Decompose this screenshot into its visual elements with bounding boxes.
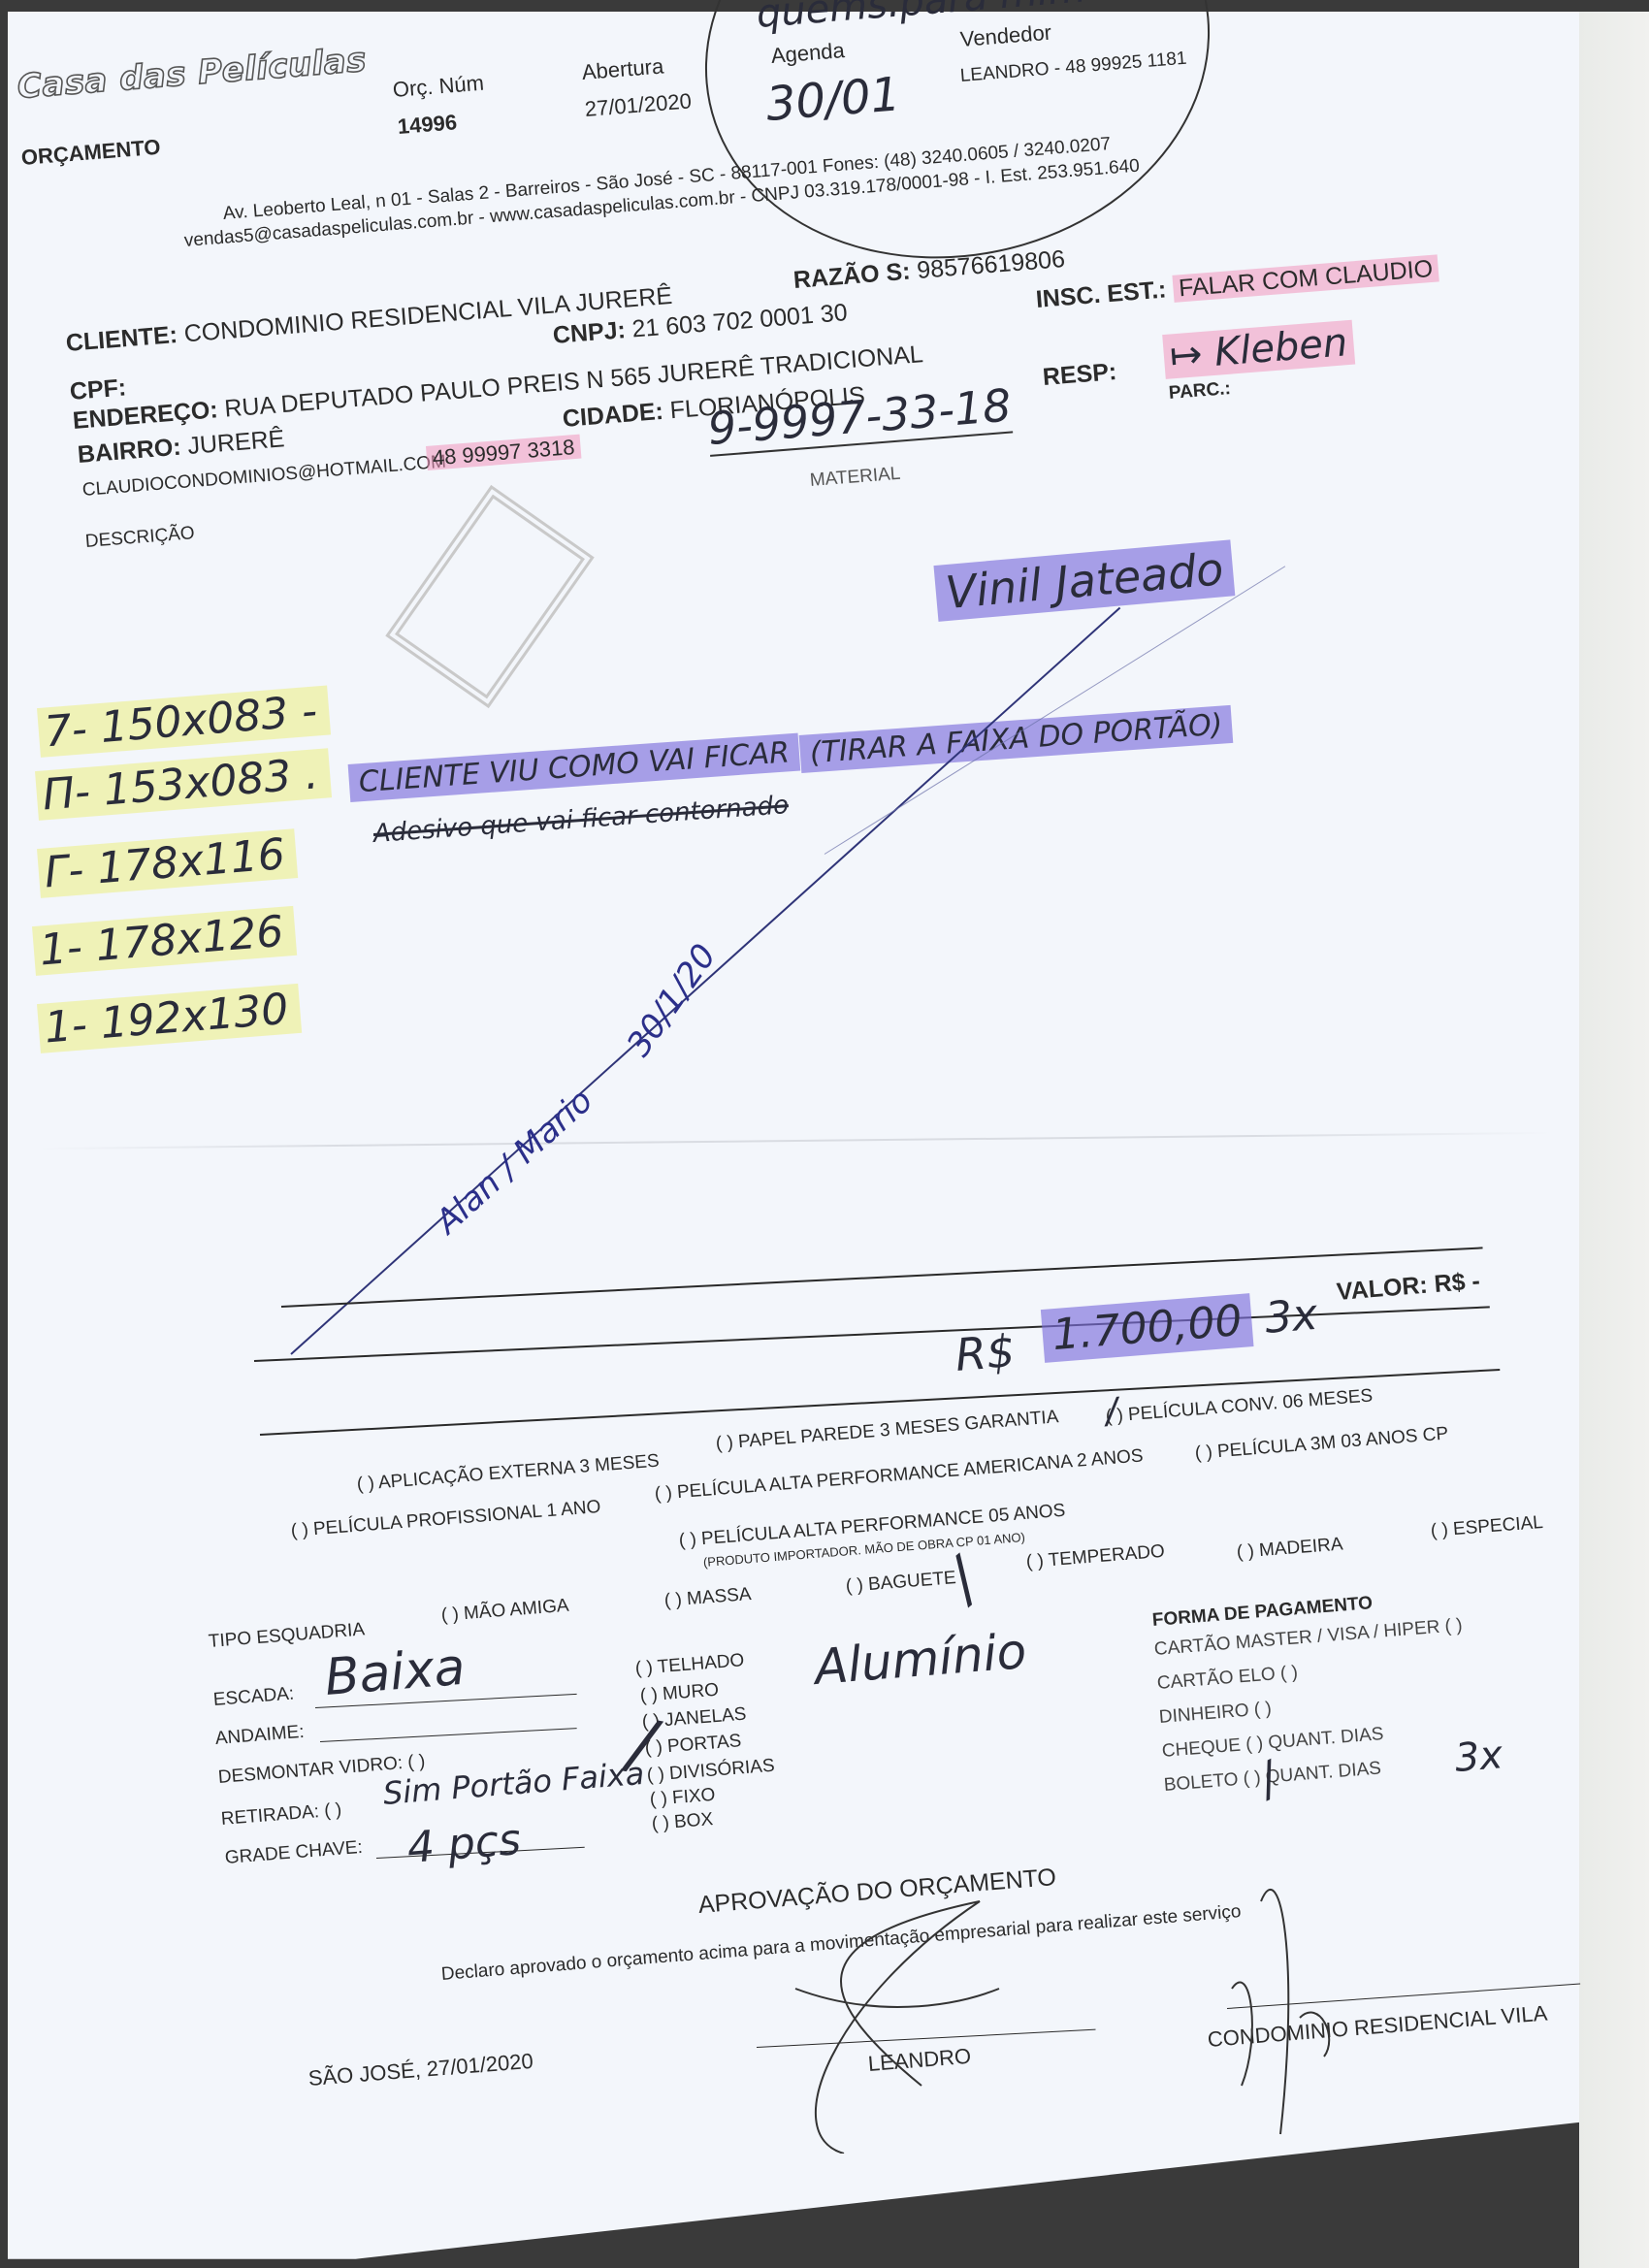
- signatures: [757, 1843, 1630, 2154]
- agenda-value: 30/01: [764, 67, 902, 132]
- orc-num-value: 14996: [397, 110, 458, 140]
- boleto-dias-value: 3x: [1453, 1733, 1504, 1781]
- cpf-field: CPF:: [69, 373, 127, 405]
- escada-value: Baixa: [323, 1638, 468, 1707]
- resp-label: RESP:: [1042, 358, 1117, 392]
- valor-currency: R$: [954, 1324, 1017, 1381]
- grade-chave-value: 4 pçs: [405, 1815, 523, 1873]
